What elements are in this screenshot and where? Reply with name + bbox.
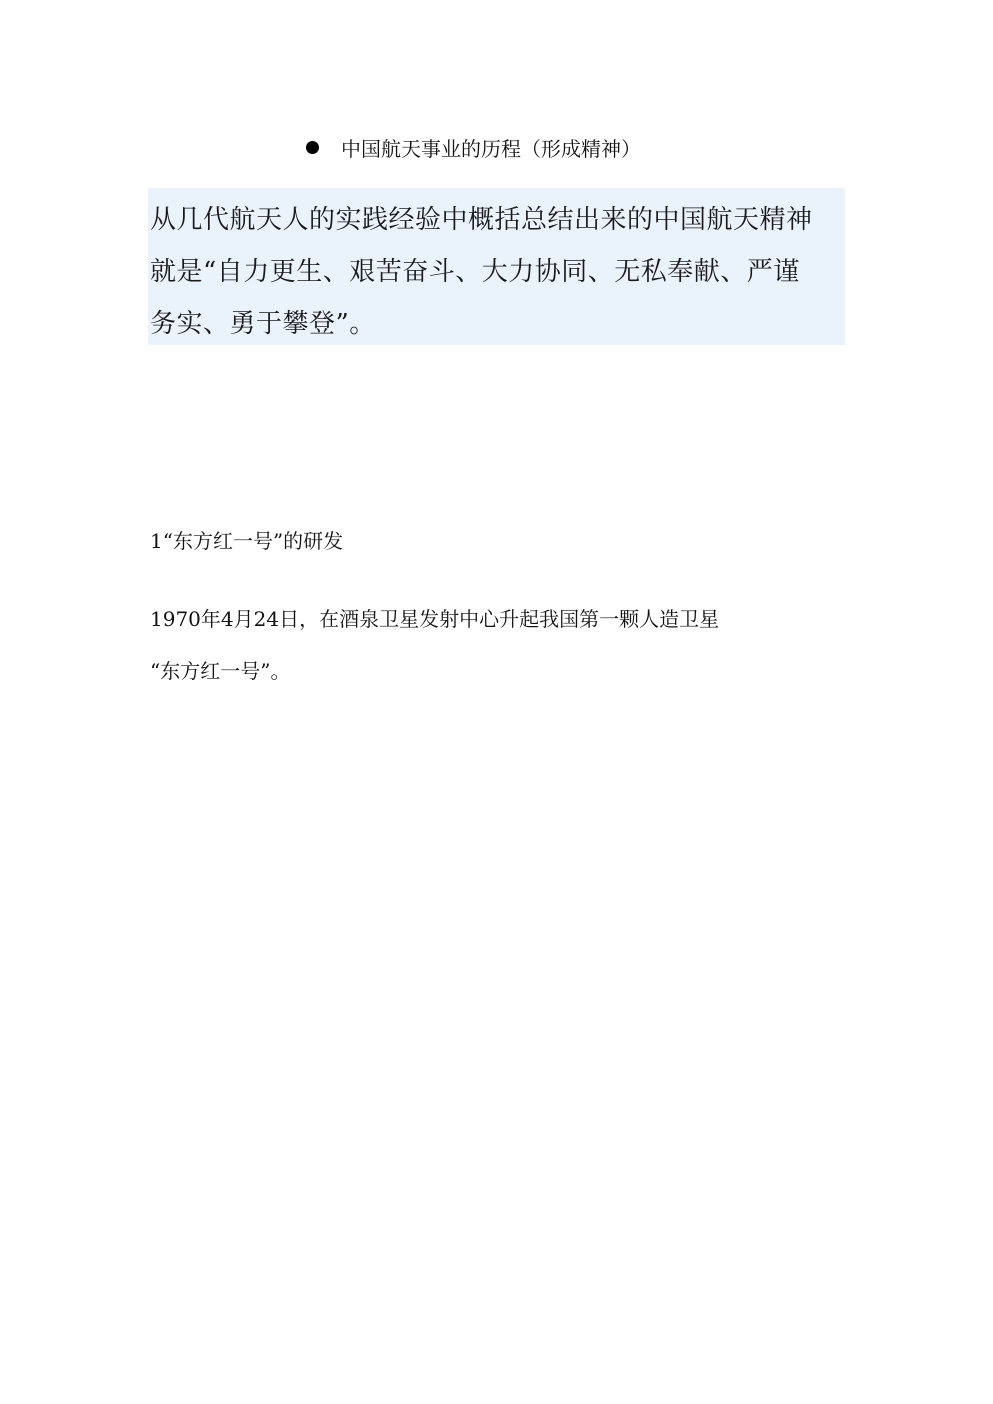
section-heading: 中国航天事业的历程（形成精神） (305, 132, 641, 162)
quote-line: 务实、勇于攀登”。 (150, 298, 845, 350)
heading-text: 中国航天事业的历程（形成精神） (341, 133, 641, 162)
quote-line: 从几代航天人的实践经验中概括总结出来的中国航天精神 (150, 194, 845, 246)
bullet-icon (306, 141, 319, 154)
quote-line: 就是“自力更生、艰苦奋斗、大力协同、无私奉献、严谨 (150, 246, 845, 298)
paragraph-line: 1970年4月24日，在酒泉卫星发射中心升起我国第一颗人造卫星 (150, 593, 719, 645)
body-paragraph: 1970年4月24日，在酒泉卫星发射中心升起我国第一颗人造卫星 “东方红一号”。 (150, 593, 719, 697)
section-title: 1“东方红一号”的研发 (150, 526, 343, 556)
highlighted-quote-block: 从几代航天人的实践经验中概括总结出来的中国航天精神 就是“自力更生、艰苦奋斗、大… (148, 188, 845, 345)
paragraph-line: “东方红一号”。 (150, 645, 719, 697)
